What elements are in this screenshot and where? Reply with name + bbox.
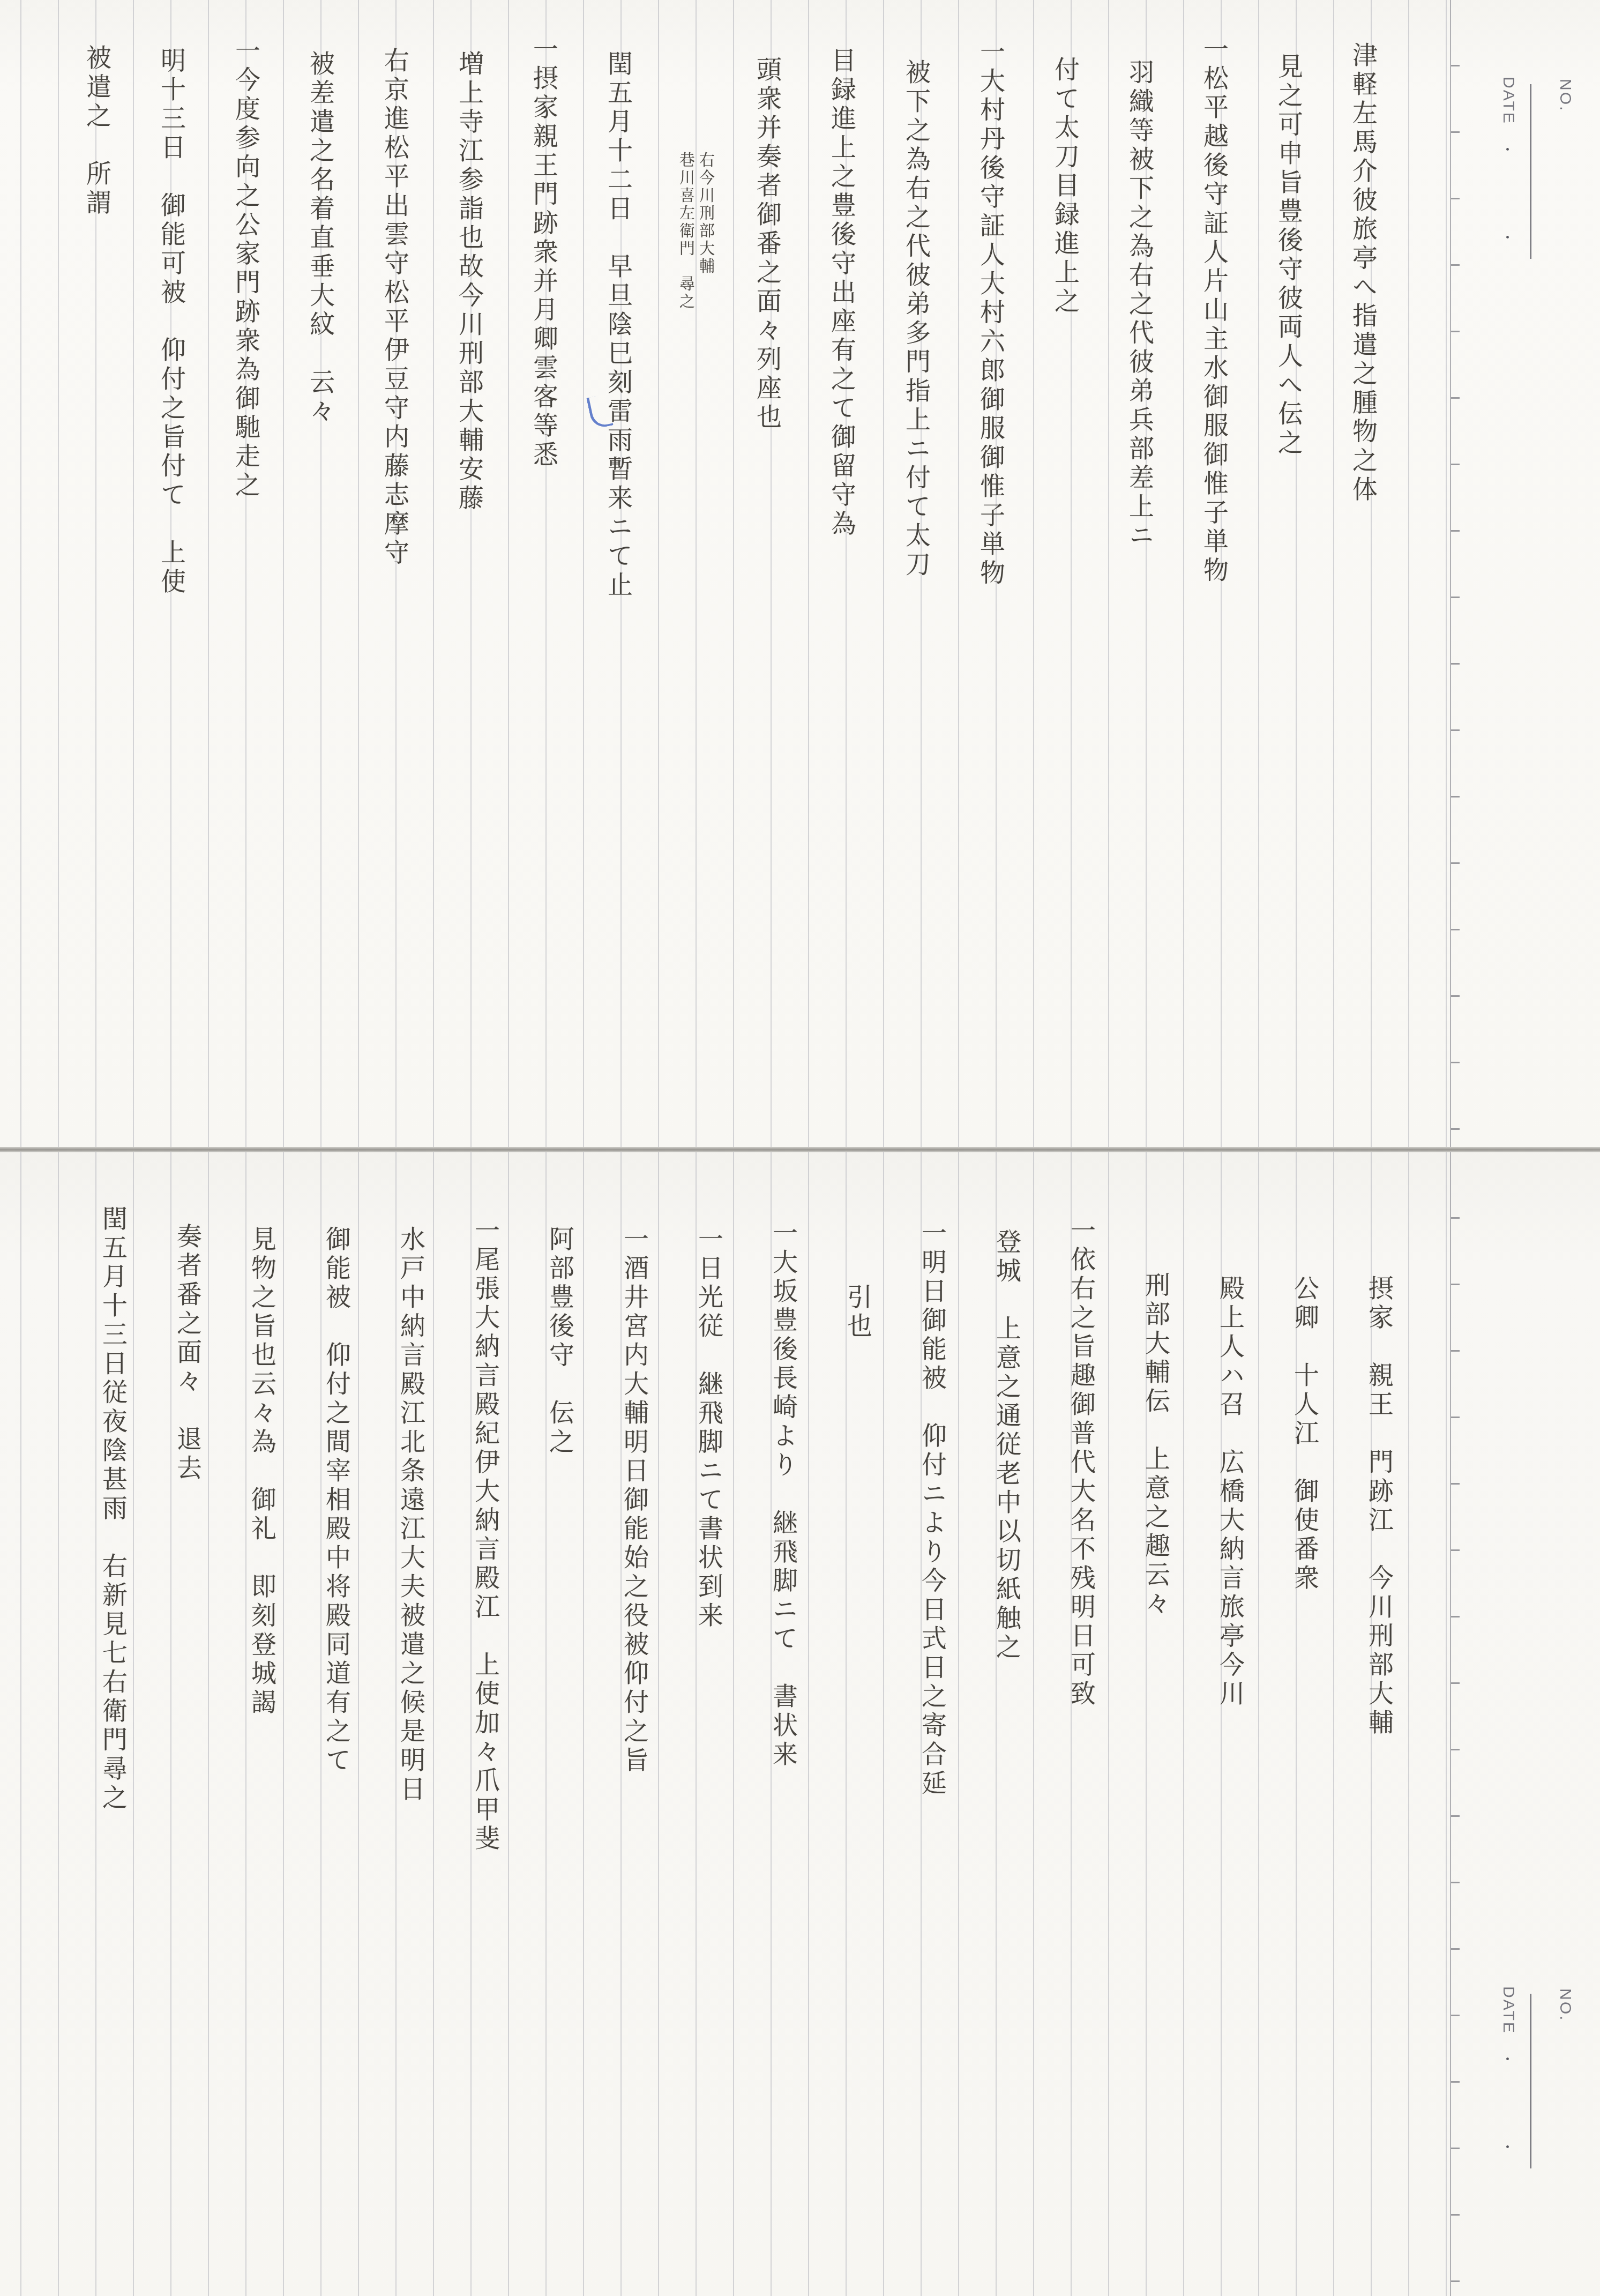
manuscript-column: 頭衆并奏者御番之面々列座也: [751, 56, 783, 433]
manuscript-column: 閏五月十二日 早旦陰巳刻雷雨暫来ニて止: [602, 50, 634, 600]
date-label: DATE: [1499, 77, 1517, 125]
manuscript-column: 一酒井宮内大輔明日御能始之役被仰付之旨: [618, 1226, 650, 1776]
manuscript-column: 一明日御能被 仰付ニより今日式日之寄合延: [916, 1220, 948, 1799]
date-dots: ・ ・: [1497, 2052, 1516, 2183]
manuscript-column: 一今度参向之公家門跡衆為御馳走之: [229, 38, 261, 501]
manuscript-column: 御能被 仰付之間宰相殿中将殿同道有之て: [320, 1226, 352, 1776]
page-1-scan: NO. DATE ・ ・ 津軽左馬介彼旅亭へ指遣之腫物之体見之可申旨豊後守彼両人…: [0, 0, 1600, 1148]
manuscript-column: 摂家 親王 門跡江 今川刑部大輔: [1363, 1275, 1395, 1738]
manuscript-column: 殿上人ハ召 広橋大納言旅亭今川: [1214, 1275, 1246, 1709]
manuscript-column: 刑部大輔伝 上意之趣云々: [1139, 1272, 1171, 1619]
no-label: NO.: [1556, 1988, 1574, 2022]
manuscript-column: 一松平越後守証人片山主水御服御惟子単物: [1198, 36, 1230, 586]
manuscript-column: 閏五月十三日従夜陰甚雨 右新見七右衛門尋之: [96, 1205, 129, 1813]
manuscript-column: 羽織等被下之為右之代彼弟兵部差上ニ: [1123, 59, 1155, 551]
manuscript-column: 一大村丹後守証人大村六郎御服御惟子単物: [974, 39, 1006, 588]
manuscript-column: 見物之旨也云々為 御礼 即刻登城謁: [245, 1226, 278, 1718]
manuscript-column: 一依右之旨趣御普代大名不残明日可致: [1065, 1217, 1097, 1709]
manuscript-column: 津軽左馬介彼旅亭へ指遣之腫物之体: [1347, 42, 1379, 505]
manuscript-column: 一大坂豊後長崎より 継飛脚ニて 書状来: [767, 1220, 799, 1770]
manuscript-scan: NO. DATE ・ ・ 津軽左馬介彼旅亭へ指遣之腫物之体見之可申旨豊後守彼両人…: [0, 0, 1600, 2296]
manuscript-column: 明十三日 御能可被 仰付之旨付て 上使: [155, 47, 187, 597]
manuscript-column: 目録進上之豊後守出座有之て御留守為: [825, 47, 857, 539]
manuscript-column: 登城 上意之通従老中以切紙触之: [990, 1228, 1022, 1663]
page-edge-rule: [1450, 1152, 1460, 2296]
manuscript-column: 見之可申旨豊後守彼両人へ伝之: [1272, 53, 1304, 458]
interlinear-annotation: 右今川刑部大輔巷川喜左衛門 尋之: [676, 152, 716, 311]
manuscript-column: 増上寺江参詣也故今川刑部大輔安藤: [453, 50, 485, 513]
manuscript-column: 一尾張大納言殿紀伊大納言殿江 上使加々爪甲斐: [469, 1217, 501, 1854]
manuscript-column: 付て太刀目録進上之: [1049, 56, 1081, 317]
no-label: NO.: [1556, 79, 1574, 112]
manuscript-column: 右京進松平出雲守松平伊豆守内藤志摩守: [378, 47, 410, 568]
no-fill-line: [1530, 84, 1531, 259]
date-dots: ・ ・: [1497, 142, 1516, 274]
margin-header: NO. DATE ・ ・: [1496, 67, 1598, 297]
manuscript-column: 被下之為右之代彼弟多門指上ニ付て太刀: [900, 59, 932, 580]
no-fill-line: [1530, 1994, 1531, 2168]
manuscript-column: 被差遣之名着直垂大紋 云々: [304, 50, 336, 427]
manuscript-column: 奏者番之面々 退去: [171, 1223, 203, 1484]
manuscript-column: 引也: [841, 1284, 873, 1341]
page-2-scan: NO. DATE ・ ・ 摂家 親王 門跡江 今川刑部大輔公卿 十人江 御使番衆…: [0, 1152, 1600, 2296]
margin-header: NO. DATE ・ ・: [1496, 1977, 1598, 2207]
manuscript-column: 水戸中納言殿江北条遠江大夫被遣之候是明日: [394, 1226, 427, 1805]
manuscript-column: 阿部豊後守 伝之: [543, 1226, 575, 1457]
manuscript-column: 一日光従 継飛脚ニて書状到来: [692, 1226, 724, 1631]
page-seam: [0, 1147, 1600, 1152]
manuscript-column: 公卿 十人江 御使番衆: [1288, 1275, 1320, 1593]
page-edge-rule: [1450, 0, 1460, 1148]
manuscript-column: 被遣之 所謂: [80, 44, 113, 218]
date-label: DATE: [1499, 1986, 1517, 2034]
manuscript-column: 一摂家親王門跡衆并月卿雲客等悉: [527, 36, 559, 470]
